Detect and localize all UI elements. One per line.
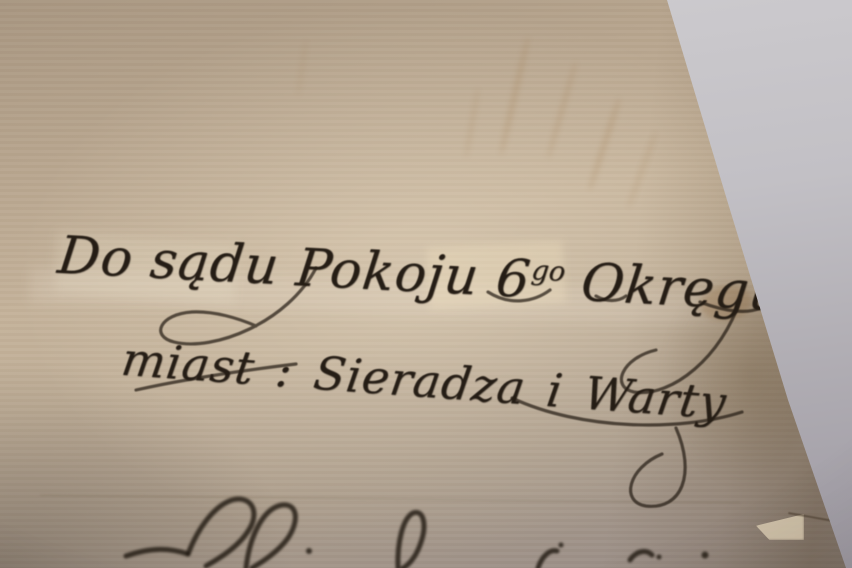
line1-superscript: go bbox=[530, 255, 567, 288]
photo-frame: Do sądu Pokoju 6go Okręgu miast : Sierad… bbox=[0, 0, 852, 568]
rust-stain bbox=[499, 37, 531, 155]
rust-stain bbox=[464, 88, 480, 158]
rust-stain bbox=[296, 40, 308, 96]
